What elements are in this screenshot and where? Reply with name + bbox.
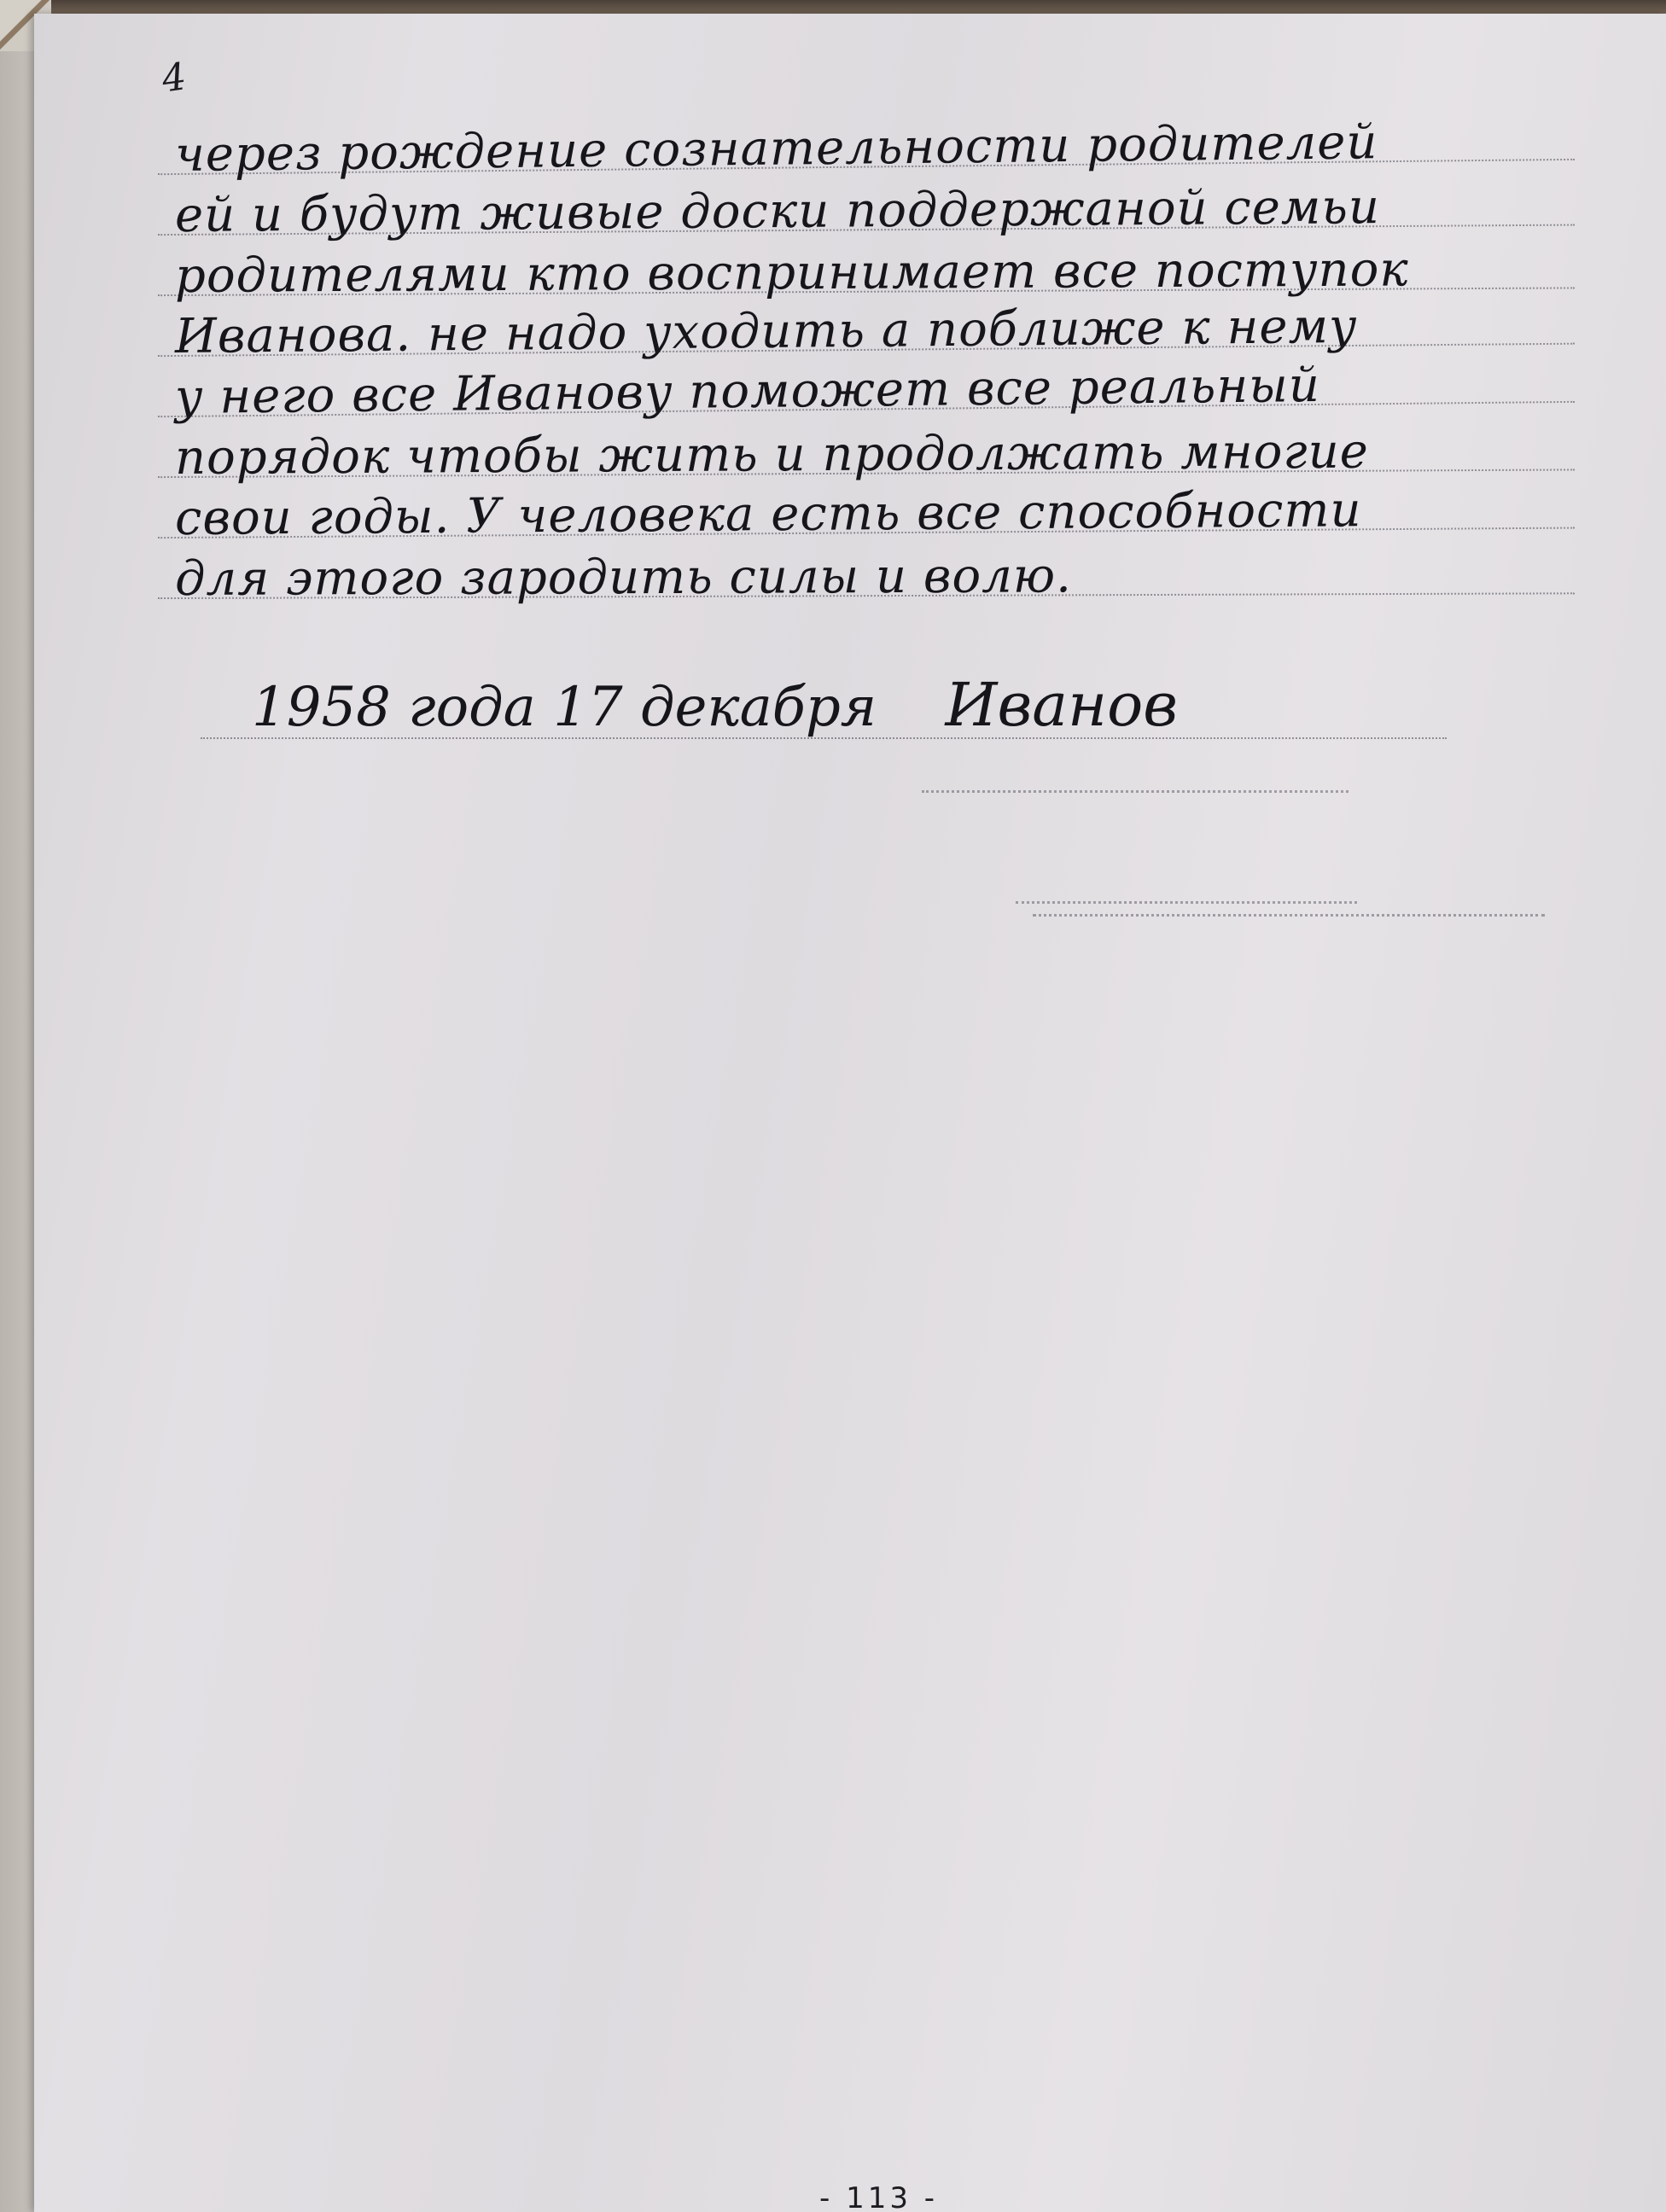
date-signature-line: 1958 года 17 декабря Иванов bbox=[252, 662, 1447, 748]
text-line: порядок чтобы жить и продолжать многие bbox=[175, 421, 1498, 488]
ruling-dots bbox=[1016, 901, 1357, 904]
text-line: через рождение сознательности родителей bbox=[175, 111, 1499, 185]
handwritten-body: через рождение сознательности родителей … bbox=[175, 125, 1498, 609]
text-line: у него все Иванову поможет все реальный bbox=[175, 353, 1499, 428]
ruling-dots bbox=[1033, 914, 1545, 917]
page-number: - 113 - bbox=[819, 2181, 938, 2212]
corner-page-mark: 4 bbox=[160, 55, 189, 101]
text-line: ей и будут живые доски поддержаной семьи bbox=[175, 176, 1498, 246]
handwritten-page: 4 через рождение сознательности родителе… bbox=[34, 14, 1666, 2212]
signature-name: Иванов bbox=[946, 662, 1179, 748]
signature-date: 1958 года 17 декабря bbox=[252, 665, 877, 750]
text-line: для этого зародить силы и волю. bbox=[175, 544, 1498, 609]
ruling-dots bbox=[922, 790, 1349, 793]
text-line: свои годы. У человека есть все способнос… bbox=[175, 479, 1498, 549]
